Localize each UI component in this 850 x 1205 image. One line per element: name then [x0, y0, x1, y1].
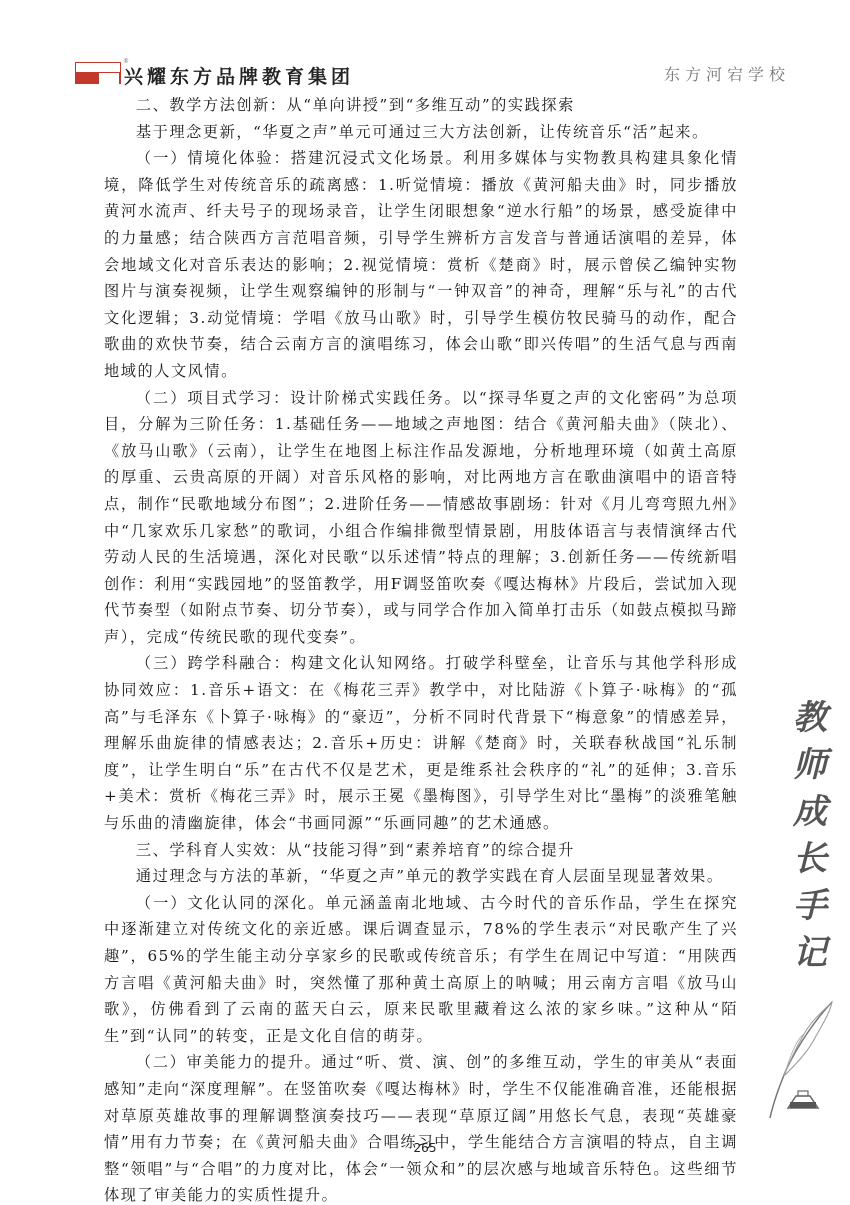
school-name: 东方河宕学校 [664, 62, 790, 85]
title-char: 记 [793, 930, 827, 977]
page-number: 265 [0, 1141, 850, 1155]
brand-logo-icon: ® [75, 62, 121, 84]
quill-inkwell-icon [760, 990, 840, 1130]
paragraph: （一）情境化体验：搭建沉浸式文化场景。利用多媒体与实物教具构建具象化情境，降低学… [104, 145, 738, 384]
title-char: 手 [793, 883, 827, 930]
paragraph: （一）文化认同的深化。单元涵盖南北地域、古今时代的音乐作品，学生在探究中逐渐建立… [104, 890, 738, 1050]
section-heading-3: 三、学科育人实效：从“技能习得”到“素养培育”的综合提升 [104, 837, 738, 864]
paragraph: （二）项目式学习：设计阶梯式实践任务。以“探寻华夏之声的文化密码”为总项目，分解… [104, 385, 738, 651]
organization-name: 兴耀东方品牌教育集团 [124, 62, 354, 89]
paragraph: （三）跨学科融合：构建文化认知网络。打破学科壁垒，让音乐与其他学科形成协同效应：… [104, 650, 738, 836]
title-char: 长 [793, 836, 827, 883]
paragraph: 通过理念与方法的革新，“华夏之声”单元的教学实践在育人层面呈现显著效果。 [104, 863, 738, 890]
paragraph: 基于理念更新，“华夏之声”单元可通过三大方法创新，让传统音乐“活”起来。 [104, 119, 738, 146]
title-char: 成 [793, 789, 827, 836]
section-heading-2: 二、教学方法创新：从“单向讲授”到“多维互动”的实践探索 [104, 92, 738, 119]
document-body: 二、教学方法创新：从“单向讲授”到“多维互动”的实践探索 基于理念更新，“华夏之… [104, 92, 738, 1205]
title-char: 师 [793, 742, 827, 789]
title-char: 教 [793, 695, 827, 742]
paragraph: （二）审美能力的提升。通过“听、赏、演、创”的多维互动，学生的审美从“表面感知”… [104, 1049, 738, 1205]
sidebar-calligraphy-title: 教 师 成 长 手 记 [785, 695, 835, 977]
page-header: ® 兴耀东方品牌教育集团 东方河宕学校 [0, 0, 850, 92]
